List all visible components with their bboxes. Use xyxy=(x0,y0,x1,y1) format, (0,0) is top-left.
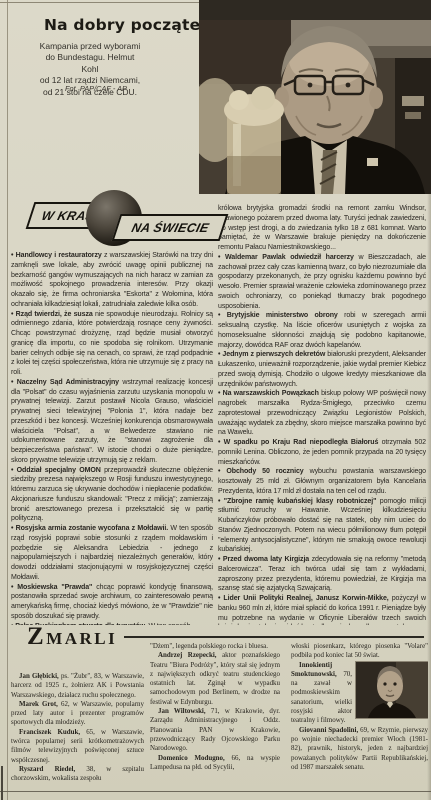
obituary-item: Jan Wiltowski, 71, w Krakowie, dyr. Zarz… xyxy=(150,707,280,753)
obituary-text: "Dżem", legenda polskiego rocka i bluesa… xyxy=(150,642,268,650)
obituaries-column-1: Jan Głębicki, ps. "Żubr", 83, w Warszawi… xyxy=(11,642,144,791)
obituary-name: Domenico Modugno, xyxy=(158,754,225,762)
news-item-text: przeprowadził skuteczne oblężenie siedzi… xyxy=(11,467,213,523)
news-column-left: • Handlowcy i restauratorzy z warszawski… xyxy=(11,251,213,625)
kohl-photo-graphic xyxy=(199,0,431,194)
caption-line: Kampania przed wyborami xyxy=(36,41,144,52)
news-item-text: W ten sposób xyxy=(147,623,191,626)
news-item: • Lider Unii Polityki Realnej, Janusz Ko… xyxy=(218,594,426,625)
scan-edge-top xyxy=(0,2,200,3)
news-item: • Obchody 50 rocznicy wybuchu powstania … xyxy=(218,467,426,496)
obituary-name: Ryszard Riedel, xyxy=(19,765,75,773)
news-item-lead: • Oddział specjalny OMON xyxy=(11,467,101,474)
obituary-item: Domenico Modugno, 66, na wyspie Lampedus… xyxy=(150,754,280,773)
obituary-item: Jan Głębicki, ps. "Żubr", 83, w Warszawi… xyxy=(11,672,144,700)
smoktunowski-photo xyxy=(356,662,428,718)
obituary-name: Innokientij Smoktunowski, xyxy=(291,661,337,678)
photo-credit: Fot. PAP/CAF - AP xyxy=(56,84,136,93)
caption-line: do Bundestagu. Helmut Kohl xyxy=(36,52,144,75)
obituary-item: Franciszek Kuduk, 65, w Warszawie, twórc… xyxy=(11,728,144,765)
banner-tab-na-swiecie: NA ŚWIECIE xyxy=(112,214,229,241)
obituary-name: Jan Głębicki, xyxy=(19,672,59,680)
obituary-item: Giovanni Spadolini, 69, w Rzymie, pierws… xyxy=(291,726,428,772)
obituary-item: Marek Grot, 62, w Warszawie, popularny p… xyxy=(11,700,144,728)
news-item-lead: • Lider Unii Polityki Realnej, Janusz Ko… xyxy=(218,595,389,602)
news-item-lead: • Rosyjska armia zostanie wycofana z Moł… xyxy=(11,525,168,532)
news-item: • "Zbrojne ramię kubańskiej klasy robotn… xyxy=(218,497,426,556)
banner-label-na-swiecie: NA ŚWIECIE xyxy=(130,221,210,235)
news-item-text: W ten sposób rząd rosyjski poprawi sobie… xyxy=(11,525,213,581)
news-item-lead: • Waldemar Pawlak odwiedził harcerzy xyxy=(218,254,354,261)
obituary-item: "Dżem", legenda polskiego rocka i bluesa… xyxy=(150,642,280,651)
scan-edge-bottom xyxy=(0,791,431,792)
news-column-right: królowa brytyjska gromadzi środki na rem… xyxy=(218,204,426,625)
obituary-name: Franciszek Kuduk, xyxy=(19,728,80,736)
news-item-lead: • Naczelny Sąd Administracyjny xyxy=(11,379,119,386)
obituary-name: Marek Grot, xyxy=(19,700,58,708)
news-item: • Naczelny Sąd Administracyjny wstrzymał… xyxy=(11,378,213,466)
obituary-item: Ryszard Riedel, 38, w szpitalu chorzowsk… xyxy=(11,765,144,784)
scan-corner-mark xyxy=(1,766,3,800)
news-item-lead: • Na warszawskich Powązkach xyxy=(218,390,319,397)
news-item-lead: • Przed dwoma laty Kirgizja xyxy=(218,556,309,563)
news-item: • Jednym z pierwszych dekretów białorusk… xyxy=(218,350,426,389)
news-item-text: z warszawskiej Starówki na trzy dni zamk… xyxy=(11,252,213,308)
news-item-text: wstrzymał realizację koncesji dla "Polsa… xyxy=(11,379,213,464)
smoktunowski-photo-graphic xyxy=(356,662,428,718)
helmut-kohl-photo xyxy=(199,0,431,194)
news-item-lead: • Handlowcy i restauratorzy xyxy=(11,252,102,259)
obituaries-column-2: "Dżem", legenda polskiego rocka i bluesa… xyxy=(150,642,280,791)
news-item: • Waldemar Pawlak odwiedził harcerzy w B… xyxy=(218,253,426,312)
news-item-text: w Bieszczadach, ale zachował przez cały … xyxy=(218,254,426,310)
news-item-lead: • Jednym z pierwszych dekretów xyxy=(218,351,325,358)
news-item: • Handlowcy i restauratorzy z warszawski… xyxy=(11,251,213,310)
news-item: • Przed dwoma laty Kirgizja zdecydowała … xyxy=(218,555,426,594)
news-item-text: królowa brytyjska gromadzi środki na rem… xyxy=(218,205,426,251)
obituary-name: Andrzej Rzepecki, xyxy=(158,651,217,659)
news-item: królowa brytyjska gromadzi środki na rem… xyxy=(218,204,426,253)
news-item-lead: • W spadku po Kraju Rad niepodległa Biał… xyxy=(218,439,378,446)
news-item: • W spadku po Kraju Rad niepodległa Biał… xyxy=(218,438,426,467)
news-item: • Brytyjskie ministerstwo obrony robi w … xyxy=(218,311,426,350)
newspaper-page: Na dobry początek... Kampania przed wybo… xyxy=(0,0,431,800)
obituary-item: Andrzej Rzepecki, aktor poznańskiego Tea… xyxy=(150,651,280,707)
obituaries-rule xyxy=(124,636,424,638)
news-item-lead: • Rząd twierdzi, że susza xyxy=(11,311,93,318)
news-item-lead: • Obchody 50 rocznicy xyxy=(218,468,304,475)
news-item-lead: • Brytyjskie ministerstwo obrony xyxy=(218,312,338,319)
obituary-name: Giovanni Spadolini, xyxy=(299,726,358,734)
news-item-text: nie spowoduje nieurodzaju. Rolnicy są od… xyxy=(11,311,213,377)
obituary-text: 70, na zawał w podmoskiewskim sanatorium… xyxy=(291,670,352,724)
obituary-item-continuation: włoski piosenkarz, którego piosenka "Vol… xyxy=(291,642,428,661)
obituary-text: aktor poznańskiego Teatru "Biura Podróży… xyxy=(150,651,280,705)
obituaries-column-3: włoski piosenkarz, którego piosenka "Vol… xyxy=(291,642,428,791)
news-item-lead: • Moskiewska "Prawda" xyxy=(11,584,92,591)
news-item: • Rząd twierdzi, że susza nie spowoduje … xyxy=(11,310,213,378)
news-item: • Moskiewska "Prawda" chcąc poprawić kon… xyxy=(11,583,213,622)
news-item-lead: • "Zbrojne ramię kubańskiej klasy robotn… xyxy=(218,498,376,505)
news-item: • Oddział specjalny OMON przeprowadził s… xyxy=(11,466,213,525)
news-item-text: pomogło milicji stłumić rozruchy w Hawan… xyxy=(218,498,426,554)
news-item: • Rosyjska armia zostanie wycofana z Moł… xyxy=(11,524,213,583)
obituary-name: Jan Wiltowski, xyxy=(158,707,206,715)
news-item: • Na warszawskich Powązkach biskup polow… xyxy=(218,389,426,438)
scan-edge-left xyxy=(7,0,8,800)
